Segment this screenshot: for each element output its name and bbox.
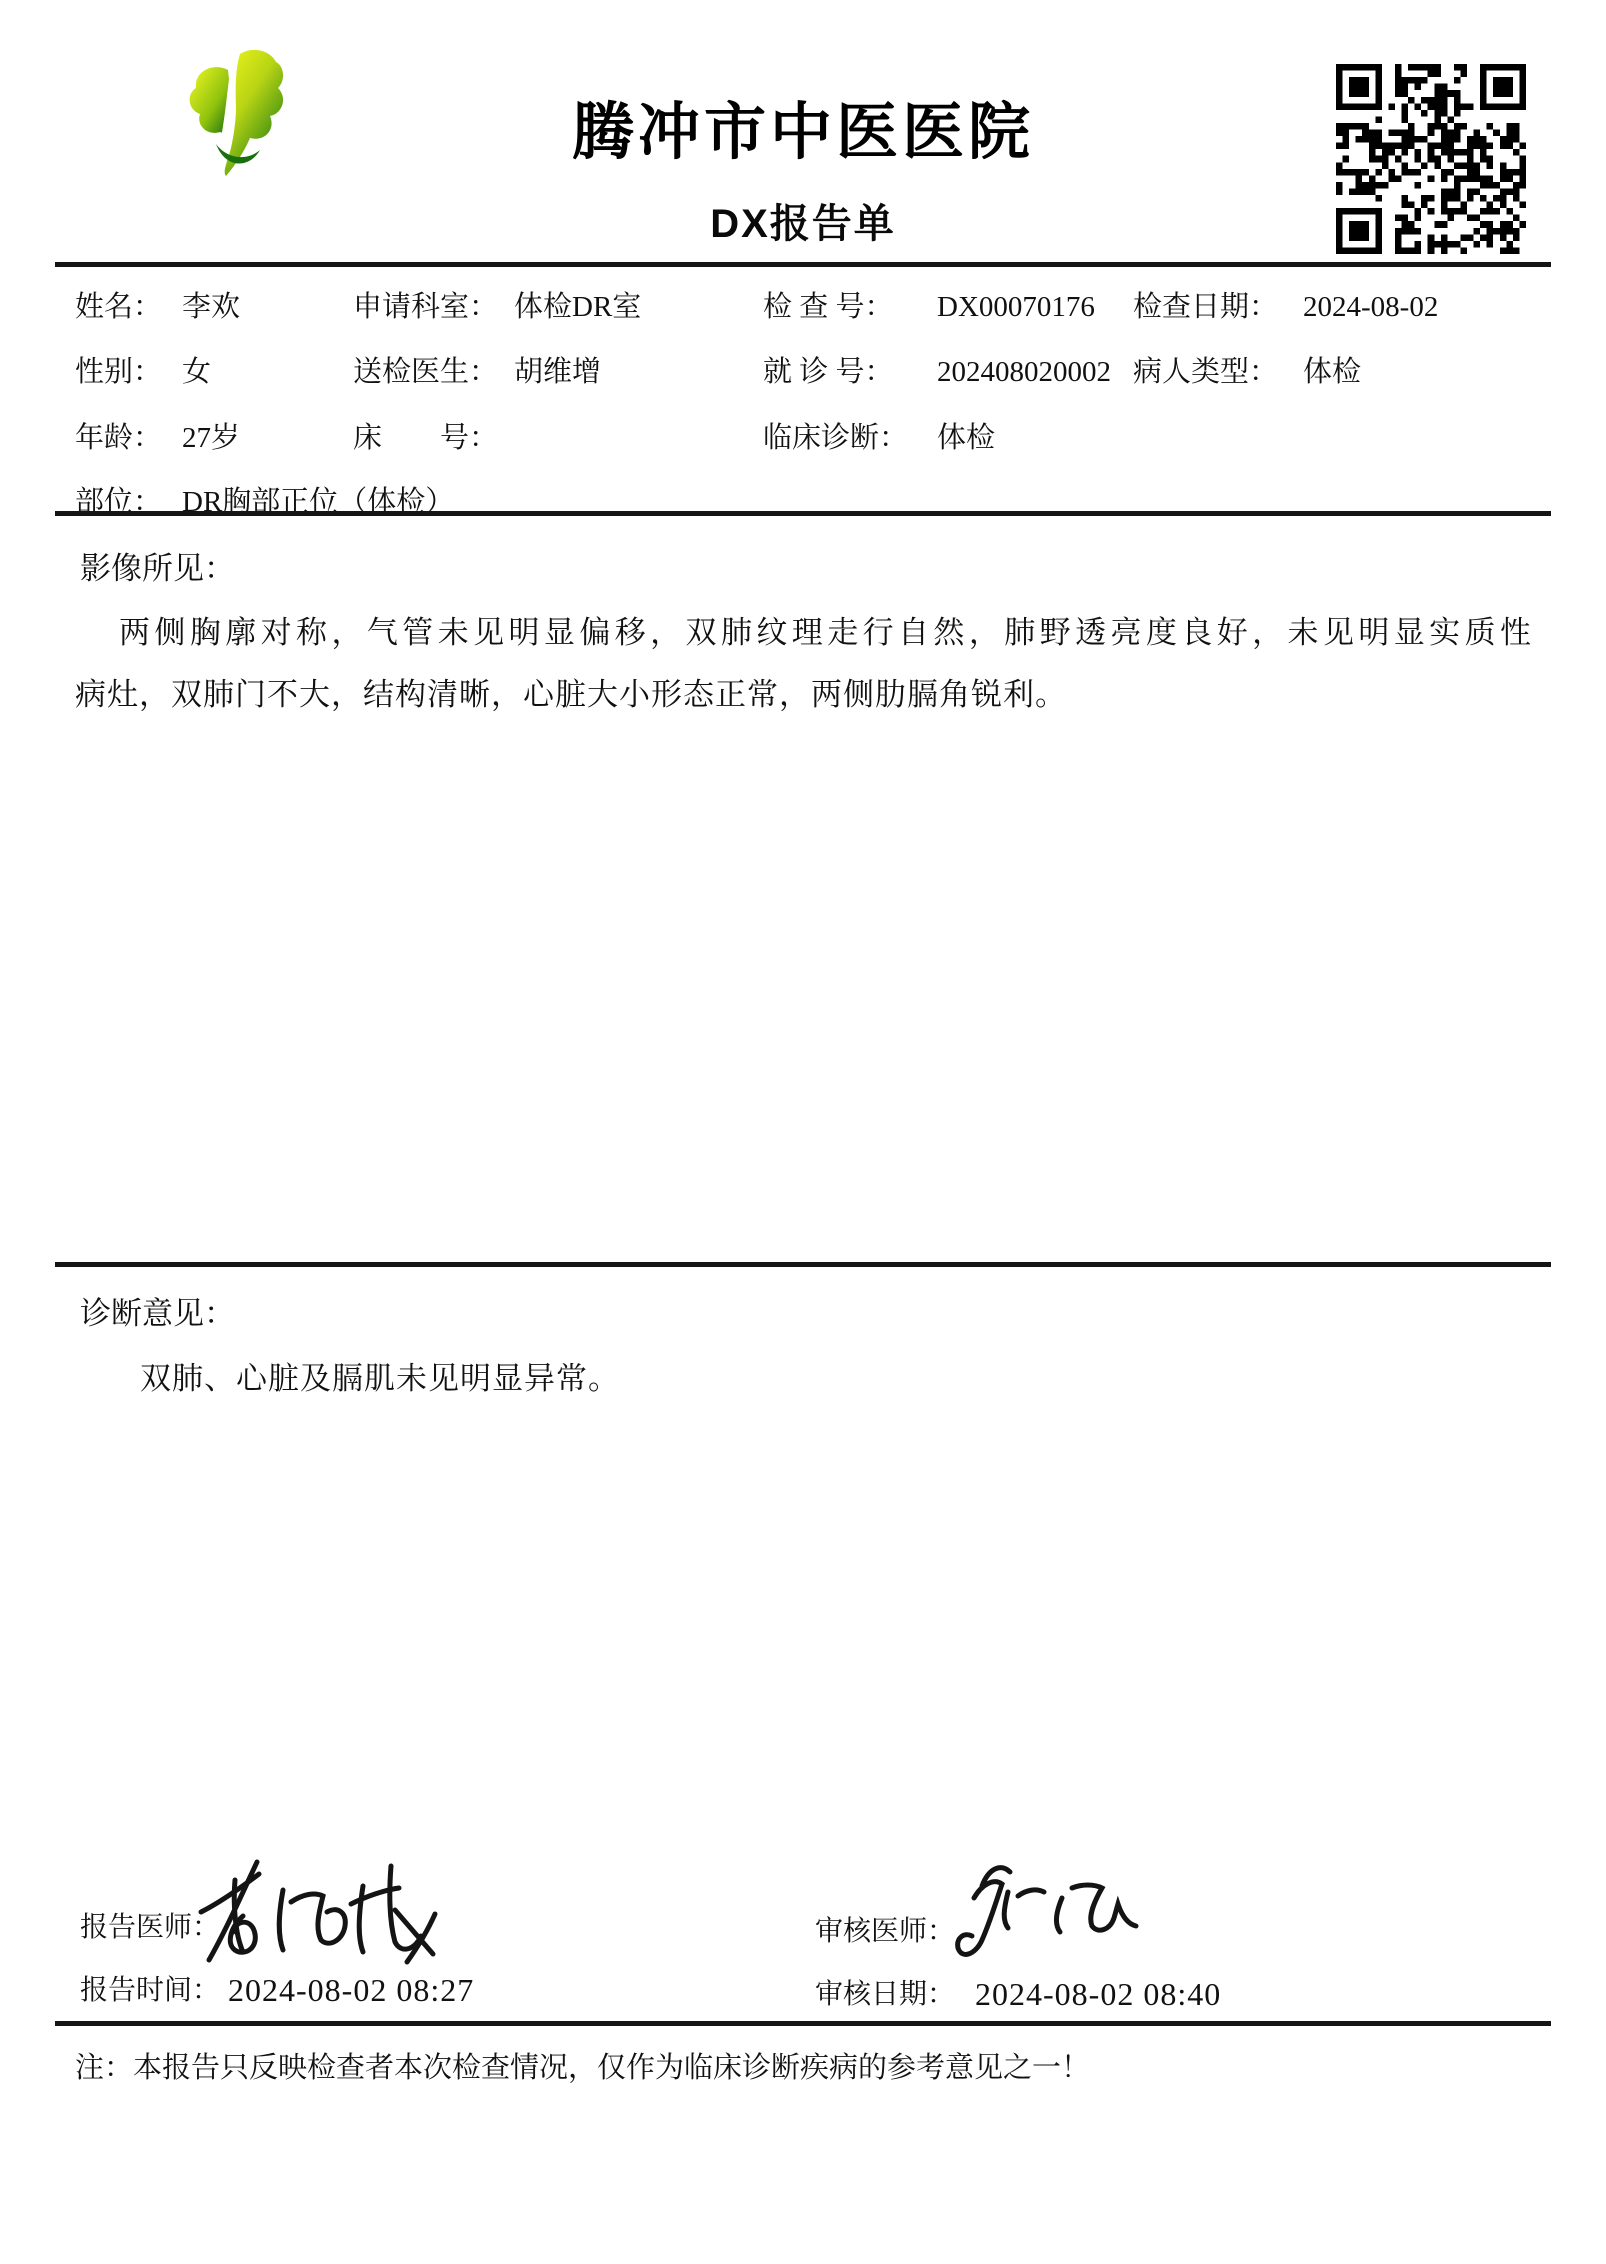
exam-date-value: 2024-08-02 bbox=[1303, 290, 1438, 324]
diagnosis-text: 双肺、心脏及膈肌未见明显异常。 bbox=[140, 1360, 620, 1398]
clinical-diagnosis-label: 临床诊断： bbox=[763, 421, 908, 455]
findings-line-1: 两侧胸廓对称，气管未见明显偏移，双肺纹理走行自然，肺野透亮度良好，未见明显实质性 bbox=[75, 602, 1532, 664]
name-value: 李欢 bbox=[182, 290, 240, 324]
patient-info-row: 姓名： 李欢 申请科室： 体检DR室 检 查 号： DX00070176 检查日… bbox=[75, 290, 1565, 324]
footnote-text: 注：本报告只反映检查者本次检查情况，仅作为临床诊断疾病的参考意见之一！ bbox=[75, 2050, 1090, 2086]
review-doctor-signature-icon bbox=[938, 1858, 1148, 1963]
qr-code-icon bbox=[1336, 64, 1526, 254]
report-doctor-signature-icon bbox=[195, 1856, 445, 1966]
age-label: 年龄： bbox=[75, 421, 162, 455]
exam-no-label: 检 查 号： bbox=[763, 290, 894, 324]
patient-info-row: 性别： 女 送检医生： 胡维增 就 诊 号： 202408020002 病人类型… bbox=[75, 355, 1565, 389]
findings-text: 两侧胸廓对称，气管未见明显偏移，双肺纹理走行自然，肺野透亮度良好，未见明显实质性… bbox=[75, 602, 1532, 726]
referring-doctor-label: 送检医生： bbox=[353, 355, 498, 389]
report-time-value: 2024-08-02 08:27 bbox=[228, 1972, 474, 2008]
patient-type-label: 病人类型： bbox=[1133, 355, 1278, 389]
visit-no-value: 202408020002 bbox=[937, 355, 1111, 389]
divider-info bbox=[55, 511, 1551, 516]
referring-doctor-value: 胡维增 bbox=[514, 355, 601, 389]
review-date-label: 审核日期： bbox=[815, 1978, 955, 2012]
gender-label: 性别： bbox=[75, 355, 162, 389]
request-dept-value: 体检DR室 bbox=[514, 290, 641, 324]
divider-header bbox=[55, 262, 1551, 267]
findings-line-2: 病灶，双肺门不大，结构清晰，心脏大小形态正常，两侧肋膈角锐利。 bbox=[75, 664, 1532, 726]
exam-date-label: 检查日期： bbox=[1133, 290, 1278, 324]
divider-footer bbox=[55, 2021, 1551, 2026]
name-label: 姓名： bbox=[75, 290, 162, 324]
patient-type-value: 体检 bbox=[1303, 355, 1361, 389]
dx-report-page: 腾冲市中医医院 DX报告单 姓名： 李欢 申请科室： 体检DR室 检 查 号： … bbox=[0, 0, 1606, 2264]
report-time-label: 报告时间： bbox=[80, 1974, 220, 2008]
gender-value: 女 bbox=[182, 355, 211, 389]
diagnosis-heading: 诊断意见： bbox=[80, 1296, 235, 1332]
exam-no-value: DX00070176 bbox=[937, 290, 1095, 324]
review-date-value: 2024-08-02 08:40 bbox=[975, 1976, 1221, 2012]
age-value: 27岁 bbox=[182, 421, 240, 455]
patient-info-row: 年龄： 27岁 床 号： 临床诊断： 体检 bbox=[75, 421, 1565, 455]
visit-no-label: 就 诊 号： bbox=[763, 355, 894, 389]
request-dept-label: 申请科室： bbox=[353, 290, 498, 324]
clinical-diagnosis-value: 体检 bbox=[937, 421, 995, 455]
bed-no-label: 床 号： bbox=[353, 421, 498, 455]
divider-findings bbox=[55, 1262, 1551, 1267]
findings-heading: 影像所见： bbox=[80, 551, 235, 587]
review-doctor-label: 审核医师： bbox=[815, 1915, 955, 1949]
